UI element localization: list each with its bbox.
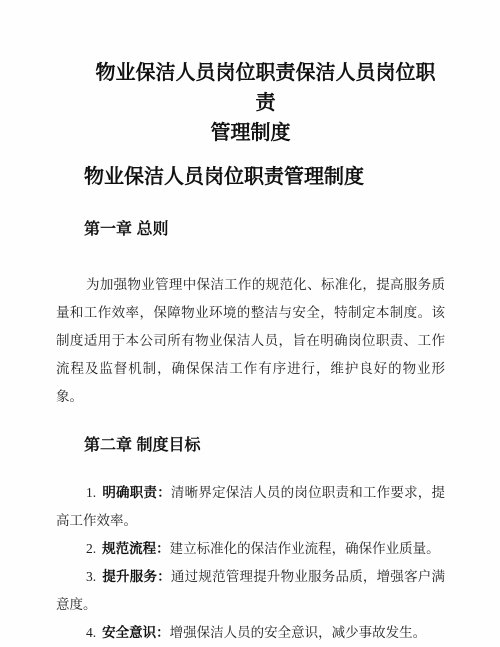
document-title-line-1: 物业保洁人员岗位职责保洁人员岗位职责 (56, 58, 445, 118)
goal-item-2-label: 规范流程： (102, 541, 170, 556)
chapter-2-heading: 第二章 制度目标 (56, 434, 445, 458)
goal-item-1-label: 明确职责： (102, 485, 171, 500)
chapter-1-heading: 第一章 总则 (56, 218, 445, 242)
goal-item-2-number: 2. (86, 541, 96, 556)
document-title-line-2: 管理制度 (56, 118, 445, 148)
document-title: 物业保洁人员岗位职责保洁人员岗位职责 管理制度 (56, 58, 445, 148)
goal-item-1-number: 1. (86, 485, 96, 500)
goal-item-4-number: 4. (86, 625, 96, 640)
goal-item-4-text: 增强保洁人员的安全意识，减少事故发生。 (170, 625, 427, 640)
goal-item-3: 3.提升服务：通过规范管理提升物业服务品质，增强客户满意度。 (56, 563, 445, 619)
document-page: 物业保洁人员岗位职责保洁人员岗位职责 管理制度 物业保洁人员岗位职责管理制度 第… (0, 0, 500, 647)
goal-item-3-label: 提升服务： (102, 569, 171, 584)
goal-list: 1.明确职责：清晰界定保洁人员的岗位职责和工作要求，提高工作效率。 2.规范流程… (56, 479, 445, 647)
goal-item-4-label: 安全意识： (102, 625, 170, 640)
document-subtitle: 物业保洁人员岗位职责管理制度 (56, 163, 445, 191)
goal-item-1: 1.明确职责：清晰界定保洁人员的岗位职责和工作要求，提高工作效率。 (56, 479, 445, 535)
goal-item-4: 4.安全意识：增强保洁人员的安全意识，减少事故发生。 (56, 619, 445, 647)
document-content: 物业保洁人员岗位职责保洁人员岗位职责 管理制度 物业保洁人员岗位职责管理制度 第… (0, 0, 500, 647)
chapter-1-paragraph: 为加强物业管理中保洁工作的规范化、标准化，提高服务质量和工作效率，保障物业环境的… (56, 271, 445, 411)
goal-item-3-number: 3. (86, 569, 96, 584)
goal-item-2-text: 建立标准化的保洁作业流程，确保作业质量。 (170, 541, 440, 556)
goal-item-2: 2.规范流程：建立标准化的保洁作业流程，确保作业质量。 (56, 535, 445, 563)
